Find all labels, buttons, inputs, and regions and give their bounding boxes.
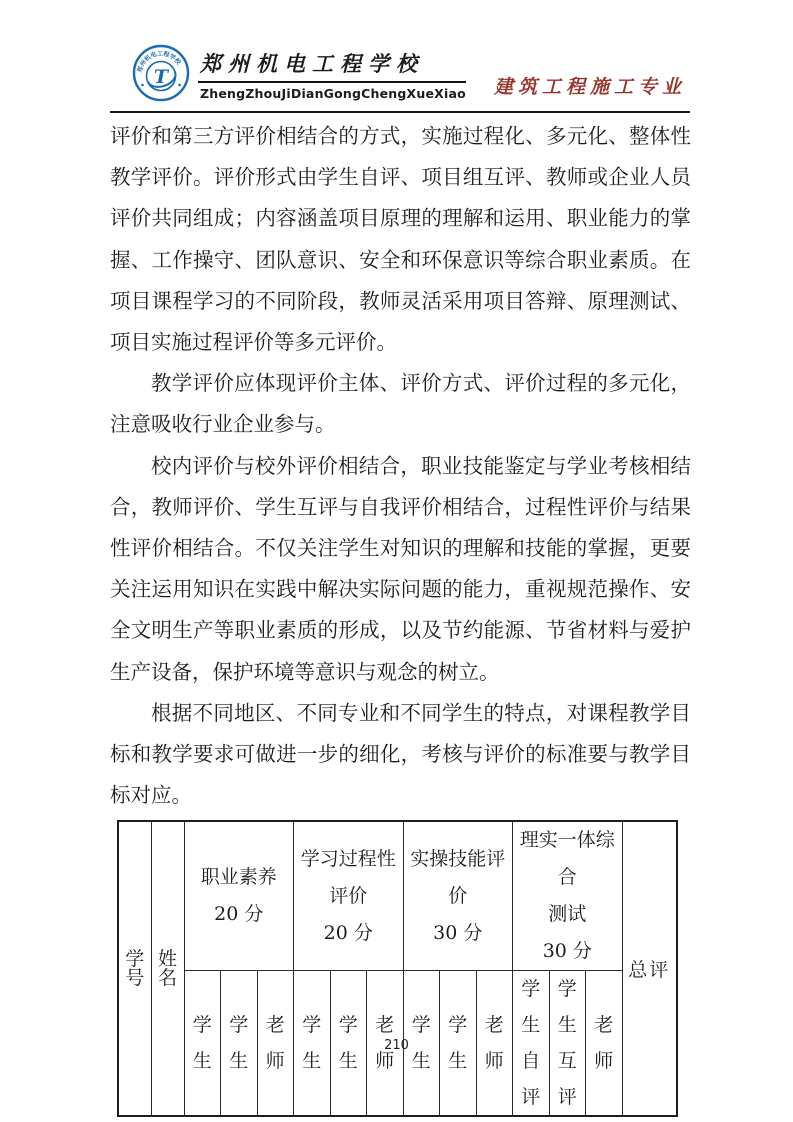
school-logo-icon: 郑州机电工程学校 T — [132, 44, 190, 102]
school-name-chinese: 郑州机电工程学校 — [198, 46, 466, 83]
school-logo-lockup: 郑州机电工程学校 T 郑州机电工程学校 ZhengZhouJiDianGongC… — [132, 44, 466, 102]
page-number: 210 — [0, 1038, 793, 1053]
paragraph-evaluation-methods: 评价和第三方评价相结合的方式，实施过程化、多元化、整体性教学评价。评价形式由学生… — [110, 116, 691, 363]
major-title: 建筑工程施工专业 — [494, 72, 686, 99]
body-text: 评价和第三方评价相结合的方式，实施过程化、多元化、整体性教学评价。评价形式由学生… — [110, 116, 691, 816]
paragraph-evaluation-diversity: 教学评价应体现评价主体、评价方式、评价过程的多元化，注意吸收行业企业参与。 — [110, 363, 691, 445]
col-header-overall: 总评 — [622, 821, 677, 1116]
col-header-student-name: 姓 名 — [151, 821, 184, 1116]
col-group-integrated-test: 理实一体综合 测试 30 分 — [513, 821, 623, 971]
col-group-practical-skill: 实操技能评 价 30 分 — [403, 821, 513, 971]
paragraph-evaluation-combination: 校内评价与校外评价相结合，职业技能鉴定与学业考核相结合，教师评价、学生互评与自我… — [110, 446, 691, 693]
col-group-professional-quality: 职业素养 20 分 — [184, 821, 294, 971]
svg-text:T: T — [154, 66, 170, 88]
col-header-student-id: 学 号 — [118, 821, 151, 1116]
evaluation-score-table: 学 号 姓 名 职业素养 20 分 学习过程性 评价 20 分 实操技能评 — [117, 820, 678, 1117]
paragraph-evaluation-standards: 根据不同地区、不同专业和不同学生的特点，对课程教学目标和教学要求可做进一步的细化… — [110, 693, 691, 817]
header-divider-line — [110, 111, 690, 113]
school-name-pinyin: ZhengZhouJiDianGongChengXueXiao — [198, 86, 466, 101]
school-name-block: 郑州机电工程学校 ZhengZhouJiDianGongChengXueXiao — [198, 46, 466, 101]
page-header: 郑州机电工程学校 T 郑州机电工程学校 ZhengZhouJiDianGongC… — [110, 44, 690, 112]
document-page: 郑州机电工程学校 T 郑州机电工程学校 ZhengZhouJiDianGongC… — [0, 0, 793, 1122]
col-group-learning-process: 学习过程性 评价 20 分 — [294, 821, 404, 971]
